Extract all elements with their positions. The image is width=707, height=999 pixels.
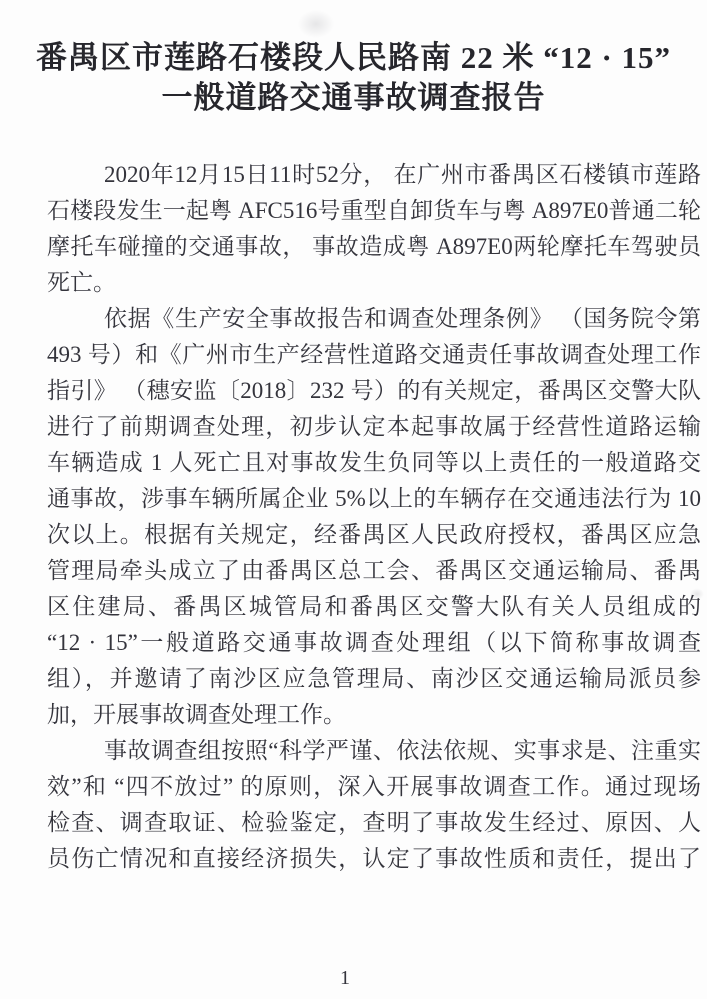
- document-title: 番禺区市莲路石楼段人民路南 22 米 “12 · 15” 一般道路交通事故调查报…: [0, 38, 707, 118]
- text-line: 通事故，涉事车辆所属企业 5%以上的车辆存在交通违法行为 10: [47, 481, 701, 517]
- paragraph: 2020年12月15日11时52分， 在广州市番禺区石楼镇市莲路石楼段发生一起粤…: [47, 157, 701, 301]
- paragraph: 依据《生产安全事故报告和调查处理条例》 （国务院令第493 号）和《广州市生产经…: [47, 301, 701, 733]
- text-line: 进行了前期调查处理，初步认定本起事故属于经营性道路运输: [47, 409, 701, 445]
- text-line: 加，开展事故调查处理工作。: [47, 697, 701, 733]
- text-line: 区住建局、番禺区城管局和番禺区交警大队有关人员组成的: [47, 589, 701, 625]
- text-line: 2020年12月15日11时52分， 在广州市番禺区石楼镇市莲路: [47, 157, 701, 193]
- text-line: 车辆造成 1 人死亡且对事故发生负同等以上责任的一般道路交: [47, 445, 701, 481]
- text-line: 组），并邀请了南沙区应急管理局、南沙区交通运输局派员参: [47, 661, 701, 697]
- text-line: 指引》 （穗安监〔2018〕232 号）的有关规定，番禺区交警大队: [47, 373, 701, 409]
- document-body: 2020年12月15日11时52分， 在广州市番禺区石楼镇市莲路石楼段发生一起粤…: [47, 157, 701, 877]
- text-line: 摩托车碰撞的交通事故， 事故造成粤 A897E0两轮摩托车驾驶员: [47, 229, 701, 265]
- page-number: 1: [0, 966, 690, 990]
- text-line: 493 号）和《广州市生产经营性道路交通责任事故调查处理工作: [47, 337, 701, 373]
- text-line: 检查、调查取证、检验鉴定，查明了事故发生经过、原因、人: [47, 805, 701, 841]
- text-line: 管理局牵头成立了由番禺区总工会、番禺区交通运输局、番禺: [47, 553, 701, 589]
- text-line: 依据《生产安全事故报告和调查处理条例》 （国务院令第: [47, 301, 701, 337]
- document-title-line-1: 番禺区市莲路石楼段人民路南 22 米 “12 · 15”: [0, 38, 707, 78]
- document-title-line-2: 一般道路交通事故调查报告: [0, 78, 707, 118]
- paragraph: 事故调查组按照“科学严谨、依法依规、实事求是、注重实效”和 “四不放过” 的原则…: [47, 733, 701, 877]
- text-line: 事故调查组按照“科学严谨、依法依规、实事求是、注重实: [47, 733, 701, 769]
- text-line: 石楼段发生一起粤 AFC516号重型自卸货车与粤 A897E0普通二轮: [47, 193, 701, 229]
- text-line: “12 · 15”一般道路交通事故调查处理组（以下简称事故调查: [47, 625, 701, 661]
- text-line: 死亡。: [47, 265, 701, 301]
- text-line: 效”和 “四不放过” 的原则，深入开展事故调查工作。通过现场: [47, 769, 701, 805]
- text-line: 员伤亡情况和直接经济损失，认定了事故性质和责任，提出了: [47, 841, 701, 877]
- text-line: 次以上。根据有关规定，经番禺区人民政府授权，番禺区应急: [47, 517, 701, 553]
- scanned-report-page: 番禺区市莲路石楼段人民路南 22 米 “12 · 15” 一般道路交通事故调查报…: [0, 0, 707, 999]
